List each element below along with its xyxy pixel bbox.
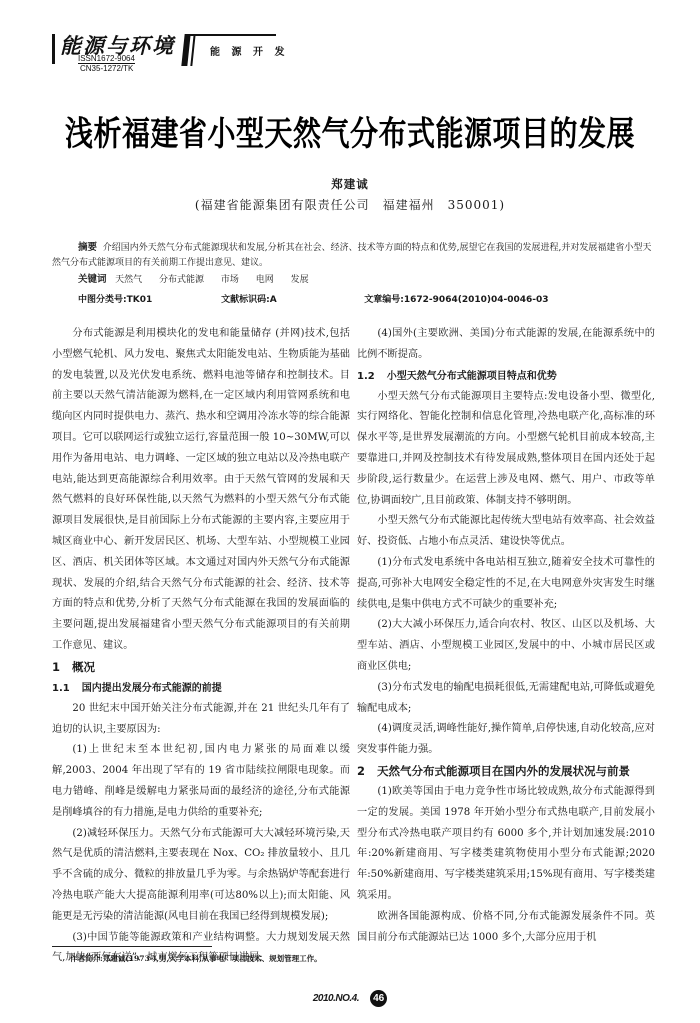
section-heading: 2天然气分布式能源项目在国内外的发展状况与前景 — [357, 761, 655, 782]
section-heading: 1.1国内提出发展分布式能源的前提 — [52, 678, 350, 699]
paragraph: (3)分布式发电的输配电损耗很低,无需建配电站,可降低或避免输配电成本; — [357, 678, 655, 720]
section-mark-icon — [183, 34, 193, 66]
section-rule — [188, 34, 276, 36]
section-heading-text: 天然气分布式能源项目在国内外的发展状况与前景 — [377, 764, 630, 778]
abstract-text: 介绍国内外天然气分布式能源现状和发展,分析其在社会、经济、技术等方面的特点和优势… — [52, 243, 651, 268]
page-footer: 2010.NO.4. 46 — [0, 988, 700, 1007]
issue-label: 2010.NO.4. — [313, 993, 359, 1004]
keyword: 天然气 — [115, 275, 142, 285]
abstract: 摘要 介绍国内外天然气分布式能源现状和发展,分析其在社会、经济、技术等方面的特点… — [52, 240, 652, 271]
paragraph: 小型天然气分布式能源项目主要特点:发电设备小型、微型化,实行网络化、智能化控制和… — [357, 387, 655, 512]
keywords-label: 关键词 — [78, 274, 107, 285]
abstract-label: 摘要 — [78, 242, 97, 253]
section-number: 1.1 — [52, 683, 70, 694]
cn-number: CN35-1272/TK — [80, 64, 133, 73]
logo-bar — [52, 34, 55, 64]
section-number: 1.2 — [357, 371, 375, 382]
paragraph: (2)大大减小环保压力,适合向农村、牧区、山区以及机场、大型车站、酒店、小型规模… — [357, 615, 655, 677]
footnote-divider — [52, 946, 212, 947]
paragraph: 欧洲各国能源构成、价格不同,分布式能源发展条件不同。英国目前分布式能源站已达 1… — [357, 907, 655, 949]
paragraph: 20 世纪末中国开始关注分布式能源,并在 21 世纪头几年有了迫切的认识,主要原… — [52, 699, 350, 741]
clc-number: 中图分类号:TK01 — [78, 293, 218, 308]
classification-line: 中图分类号:TK01 文献标识码:A 文章编号:1672-9064(2010)0… — [78, 293, 652, 308]
keyword: 发展 — [291, 275, 309, 285]
issn: ISSN1672-9064 — [78, 54, 135, 64]
body-column-right: (4)国外(主要欧洲、美国)分布式能源的发展,在能源系统中的比例不断提高。1.2… — [357, 324, 655, 948]
paragraph: (1)分布式发电系统中各电站相互独立,随着安全技术可靠性的提高,可弥补大电网安全… — [357, 553, 655, 615]
author: 郑建诚 — [0, 176, 700, 192]
article-title: 浅析福建省小型天然气分布式能源项目的发展 — [60, 108, 640, 156]
keywords: 关键词 天然气 分布式能源 市场 电网 发展 — [78, 272, 652, 288]
section-heading: 1概况 — [52, 657, 350, 678]
keyword: 电网 — [256, 275, 274, 285]
section-heading-text: 概况 — [72, 660, 95, 674]
paragraph: (1)欧美等国由于电力竞争性市场比较成熟,故分布式能源得到一定的发展。美国 19… — [357, 782, 655, 907]
paragraph: (4)调度灵活,调峰性能好,操作简单,启停快速,自动化较高,应对突发事件能力强。 — [357, 719, 655, 761]
paragraph: (4)国外(主要欧洲、美国)分布式能源的发展,在能源系统中的比例不断提高。 — [357, 324, 655, 366]
section-number: 1 — [52, 660, 60, 674]
document-code: 文献标识码:A — [221, 293, 361, 308]
section-heading: 1.2小型天然气分布式能源项目特点和优势 — [357, 366, 655, 387]
paragraph: (1)上世纪末至本世纪初,国内电力紧张的局面难以缓解,2003、2004 年出现… — [52, 740, 350, 823]
section-heading-text: 国内提出发展分布式能源的前提 — [82, 683, 222, 694]
journal-header: 能源与环境 ISSN1672-9064 CN35-1272/TK — [52, 30, 352, 70]
page-number-badge: 46 — [370, 990, 387, 1007]
keyword: 分布式能源 — [159, 275, 204, 285]
body-column-left: 分布式能源是利用模块化的发电和能量储存 (并网)技术,包括小型燃气轮机、风力发电… — [52, 324, 350, 969]
section-number: 2 — [357, 764, 365, 778]
section-label: 能 源 开 发 — [210, 43, 288, 58]
section-heading-text: 小型天然气分布式能源项目特点和优势 — [387, 371, 557, 382]
author-footnote: 作者简介:郑建诚(1973-),男,大学本科,从事电厂项目技术、规划管理工作。 — [70, 953, 322, 964]
keyword: 市场 — [221, 275, 239, 285]
affiliation: (福建省能源集团有限责任公司 福建福州 350001) — [0, 196, 700, 213]
article-number: 文章编号:1672-9064(2010)04-0046-03 — [364, 293, 548, 308]
paragraph: 分布式能源是利用模块化的发电和能量储存 (并网)技术,包括小型燃气轮机、风力发电… — [52, 324, 350, 657]
paragraph: 小型天然气分布式能源比起传统大型电站有效率高、社会效益好、投资低、占地小布点灵活… — [357, 511, 655, 553]
paragraph: (2)减轻环保压力。天然气分布式能源可大大减轻环境污染,天然气是优质的清洁燃料,… — [52, 824, 350, 928]
abstract-block: 摘要 介绍国内外天然气分布式能源现状和发展,分析其在社会、经济、技术等方面的特点… — [52, 240, 652, 308]
